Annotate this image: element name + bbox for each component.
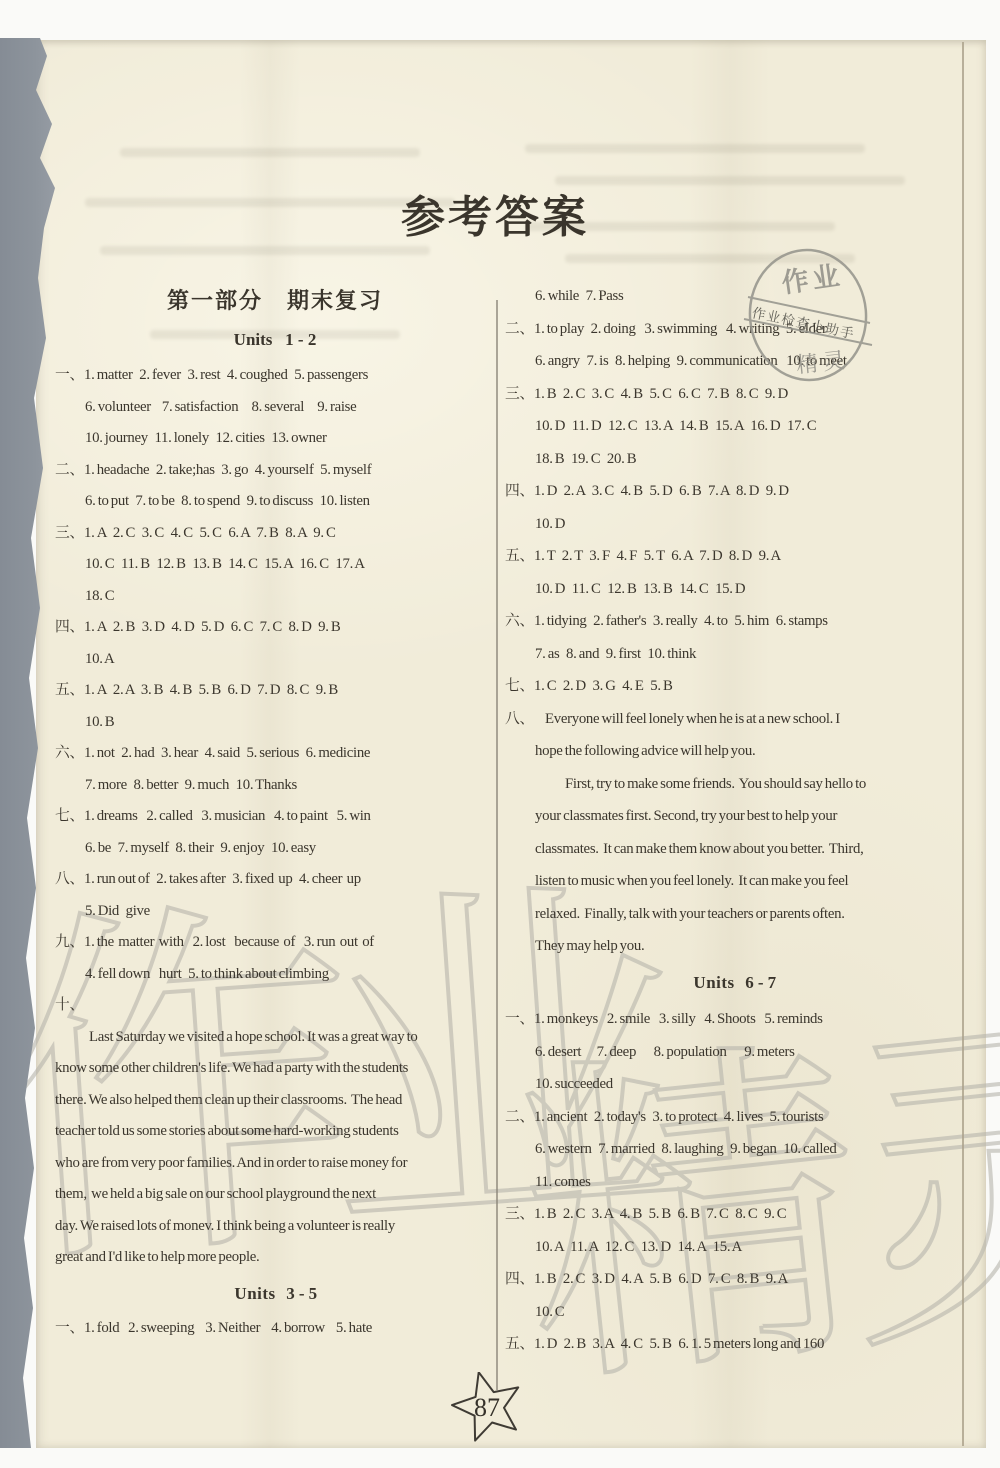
answer-line: 五、1. D 2. B 3. A 4. C 5. B 6. 1. 5 meter… bbox=[505, 1328, 965, 1361]
answer-line: 一、1. matter 2. fever 3. rest 4. coughed … bbox=[55, 360, 497, 392]
answer-line: there. We also helped them clean up thei… bbox=[55, 1085, 497, 1117]
answer-line: 11. comes bbox=[505, 1166, 965, 1199]
answer-line: 10. C bbox=[505, 1296, 965, 1329]
answer-line: 10. D 11. D 12. C 13. A 14. B 15. A 16. … bbox=[505, 410, 965, 443]
answer-line: 6. while 7. Pass bbox=[505, 280, 965, 313]
answer-line: 八、 Everyone will feel lonely when he is … bbox=[505, 703, 965, 736]
answer-line: teacher told us some stories about some … bbox=[55, 1116, 497, 1148]
answer-line: 三、1. A 2. C 3. C 4. C 5. C 6. A 7. B 8. … bbox=[55, 518, 497, 550]
answer-line: 六、1. tidying 2. father's 3. really 4. to… bbox=[505, 605, 965, 638]
answer-line: hope the following advice will help you. bbox=[505, 735, 965, 768]
answer-line: 10. A bbox=[55, 644, 497, 676]
answer-line: 六、1. not 2. had 3. hear 4. said 5. serio… bbox=[55, 738, 497, 770]
answer-line: 二、1. to play 2. doing 3. swimming 4. wri… bbox=[505, 313, 965, 346]
answer-line: 三、1. B 2. C 3. A 4. B 5. B 6. B 7. C 8. … bbox=[505, 1198, 965, 1231]
answer-line: classmates. It can make them know about … bbox=[505, 833, 965, 866]
answer-line: 四、1. A 2. B 3. D 4. D 5. D 6. C 7. C 8. … bbox=[55, 612, 497, 644]
answer-line: 6. western 7. married 8. laughing 9. beg… bbox=[505, 1133, 965, 1166]
answer-line: 二、1. ancient 2. today's 3. to protect 4.… bbox=[505, 1101, 965, 1134]
right-column: 6. while 7. Pass二、1. to play 2. doing 3.… bbox=[505, 280, 965, 1361]
units-3-5-heading: Units 3 - 5 bbox=[55, 1278, 497, 1310]
answer-line: 10. D 11. C 12. B 13. B 14. C 15. D bbox=[505, 573, 965, 606]
answer-line: 五、1. T 2. T 3. F 4. F 5. T 6. A 7. D 8. … bbox=[505, 540, 965, 573]
answer-line: 七、1. dreams 2. called 3. musician 4. to … bbox=[55, 801, 497, 833]
answer-line: 7. more 8. better 9. much 10. Thanks bbox=[55, 770, 497, 802]
page-number: 87 bbox=[474, 1393, 500, 1422]
answer-line: 九、1. the matter with 2. lost because of … bbox=[55, 927, 497, 959]
answer-line: 10. succeeded bbox=[505, 1068, 965, 1101]
part1-heading: 第一部分 期末复习 bbox=[55, 284, 495, 315]
answer-line: Last Saturday we visited a hope school. … bbox=[55, 1022, 497, 1054]
answer-line: 10. B bbox=[55, 707, 497, 739]
answer-line: 4. fell down hurt 5. to think about clim… bbox=[55, 959, 497, 991]
answer-line: They may help you. bbox=[505, 930, 965, 963]
scanned-answer-page: { "page": { "title": "参考答案", "page_numbe… bbox=[0, 0, 1000, 1468]
ghost-text-line bbox=[565, 254, 855, 263]
answer-line: know some other children's life. We had … bbox=[55, 1053, 497, 1085]
answer-line: 五、1. A 2. A 3. B 4. B 5. B 6. D 7. D 8. … bbox=[55, 675, 497, 707]
ghost-text-line bbox=[100, 246, 430, 255]
answer-line: 18. C bbox=[55, 581, 497, 613]
answer-line: 七、1. C 2. D 3. G 4. E 5. B bbox=[505, 670, 965, 703]
left-column: 一、1. matter 2. fever 3. rest 4. coughed … bbox=[55, 360, 497, 1345]
answer-line: 18. B 19. C 20. B bbox=[505, 443, 965, 476]
answer-line: 10. C 11. B 12. B 13. B 14. C 15. A 16. … bbox=[55, 549, 497, 581]
answer-line: your classmates first. Second, try your … bbox=[505, 800, 965, 833]
answer-line: 四、1. D 2. A 3. C 4. B 5. D 6. B 7. A 8. … bbox=[505, 475, 965, 508]
answer-line: 八、1. run out of 2. takes after 3. fixed … bbox=[55, 864, 497, 896]
answer-line: 10. A 11. A 12. C 13. D 14. A 15. A bbox=[505, 1231, 965, 1264]
answer-line: great and I'd like to help more people. bbox=[55, 1242, 497, 1274]
answer-line: 6. desert 7. deep 8. population 9. meter… bbox=[505, 1036, 965, 1069]
answer-line: 十、 bbox=[55, 990, 497, 1022]
answer-line: 10. journey 11. lonely 12. cities 13. ow… bbox=[55, 423, 497, 455]
answer-line: relaxed. Finally, talk with your teacher… bbox=[505, 898, 965, 931]
ghost-text-line bbox=[555, 176, 905, 185]
answer-line: them, we held a big sale on our school p… bbox=[55, 1179, 497, 1211]
page-number-star: 87 bbox=[450, 1372, 528, 1444]
answer-line: 一、1. monkeys 2. smile 3. silly 4. Shoots… bbox=[505, 1003, 965, 1036]
answer-line: First, try to make some friends. You sho… bbox=[505, 768, 965, 801]
answer-line: 7. as 8. and 9. first 10. think bbox=[505, 638, 965, 671]
answer-line: listen to music when you feel lonely. It… bbox=[505, 865, 965, 898]
answer-line: 一、1. fold 2. sweeping 3. Neither 4. borr… bbox=[55, 1313, 497, 1345]
answer-line: 5. Did give bbox=[55, 896, 497, 928]
answer-line: 6. be 7. myself 8. their 9. enjoy 10. ea… bbox=[55, 833, 497, 865]
answer-line: 四、1. B 2. C 3. D 4. A 5. B 6. D 7. C 8. … bbox=[505, 1263, 965, 1296]
answer-line: day. We raised lots of monev. I think be… bbox=[55, 1211, 497, 1243]
units-6-7-heading: Units 6 - 7 bbox=[505, 967, 965, 1000]
answer-line: 6. volunteer 7. satisfaction 8. several … bbox=[55, 392, 497, 424]
units-1-2-heading: Units 1 - 2 bbox=[55, 330, 495, 350]
page-title: 参考答案 bbox=[400, 192, 590, 244]
answer-line: 10. D bbox=[505, 508, 965, 541]
ghost-text-line bbox=[120, 148, 420, 157]
answer-line: who are from very poor families. And in … bbox=[55, 1148, 497, 1180]
answer-line: 6. angry 7. is 8. helping 9. communicati… bbox=[505, 345, 965, 378]
ghost-text-line bbox=[525, 144, 865, 153]
answer-line: 三、1. B 2. C 3. C 4. B 5. C 6. C 7. B 8. … bbox=[505, 378, 965, 411]
answer-line: 二、1. headache 2. take;has 3. go 4. yours… bbox=[55, 455, 497, 487]
answer-line: 6. to put 7. to be 8. to spend 9. to dis… bbox=[55, 486, 497, 518]
